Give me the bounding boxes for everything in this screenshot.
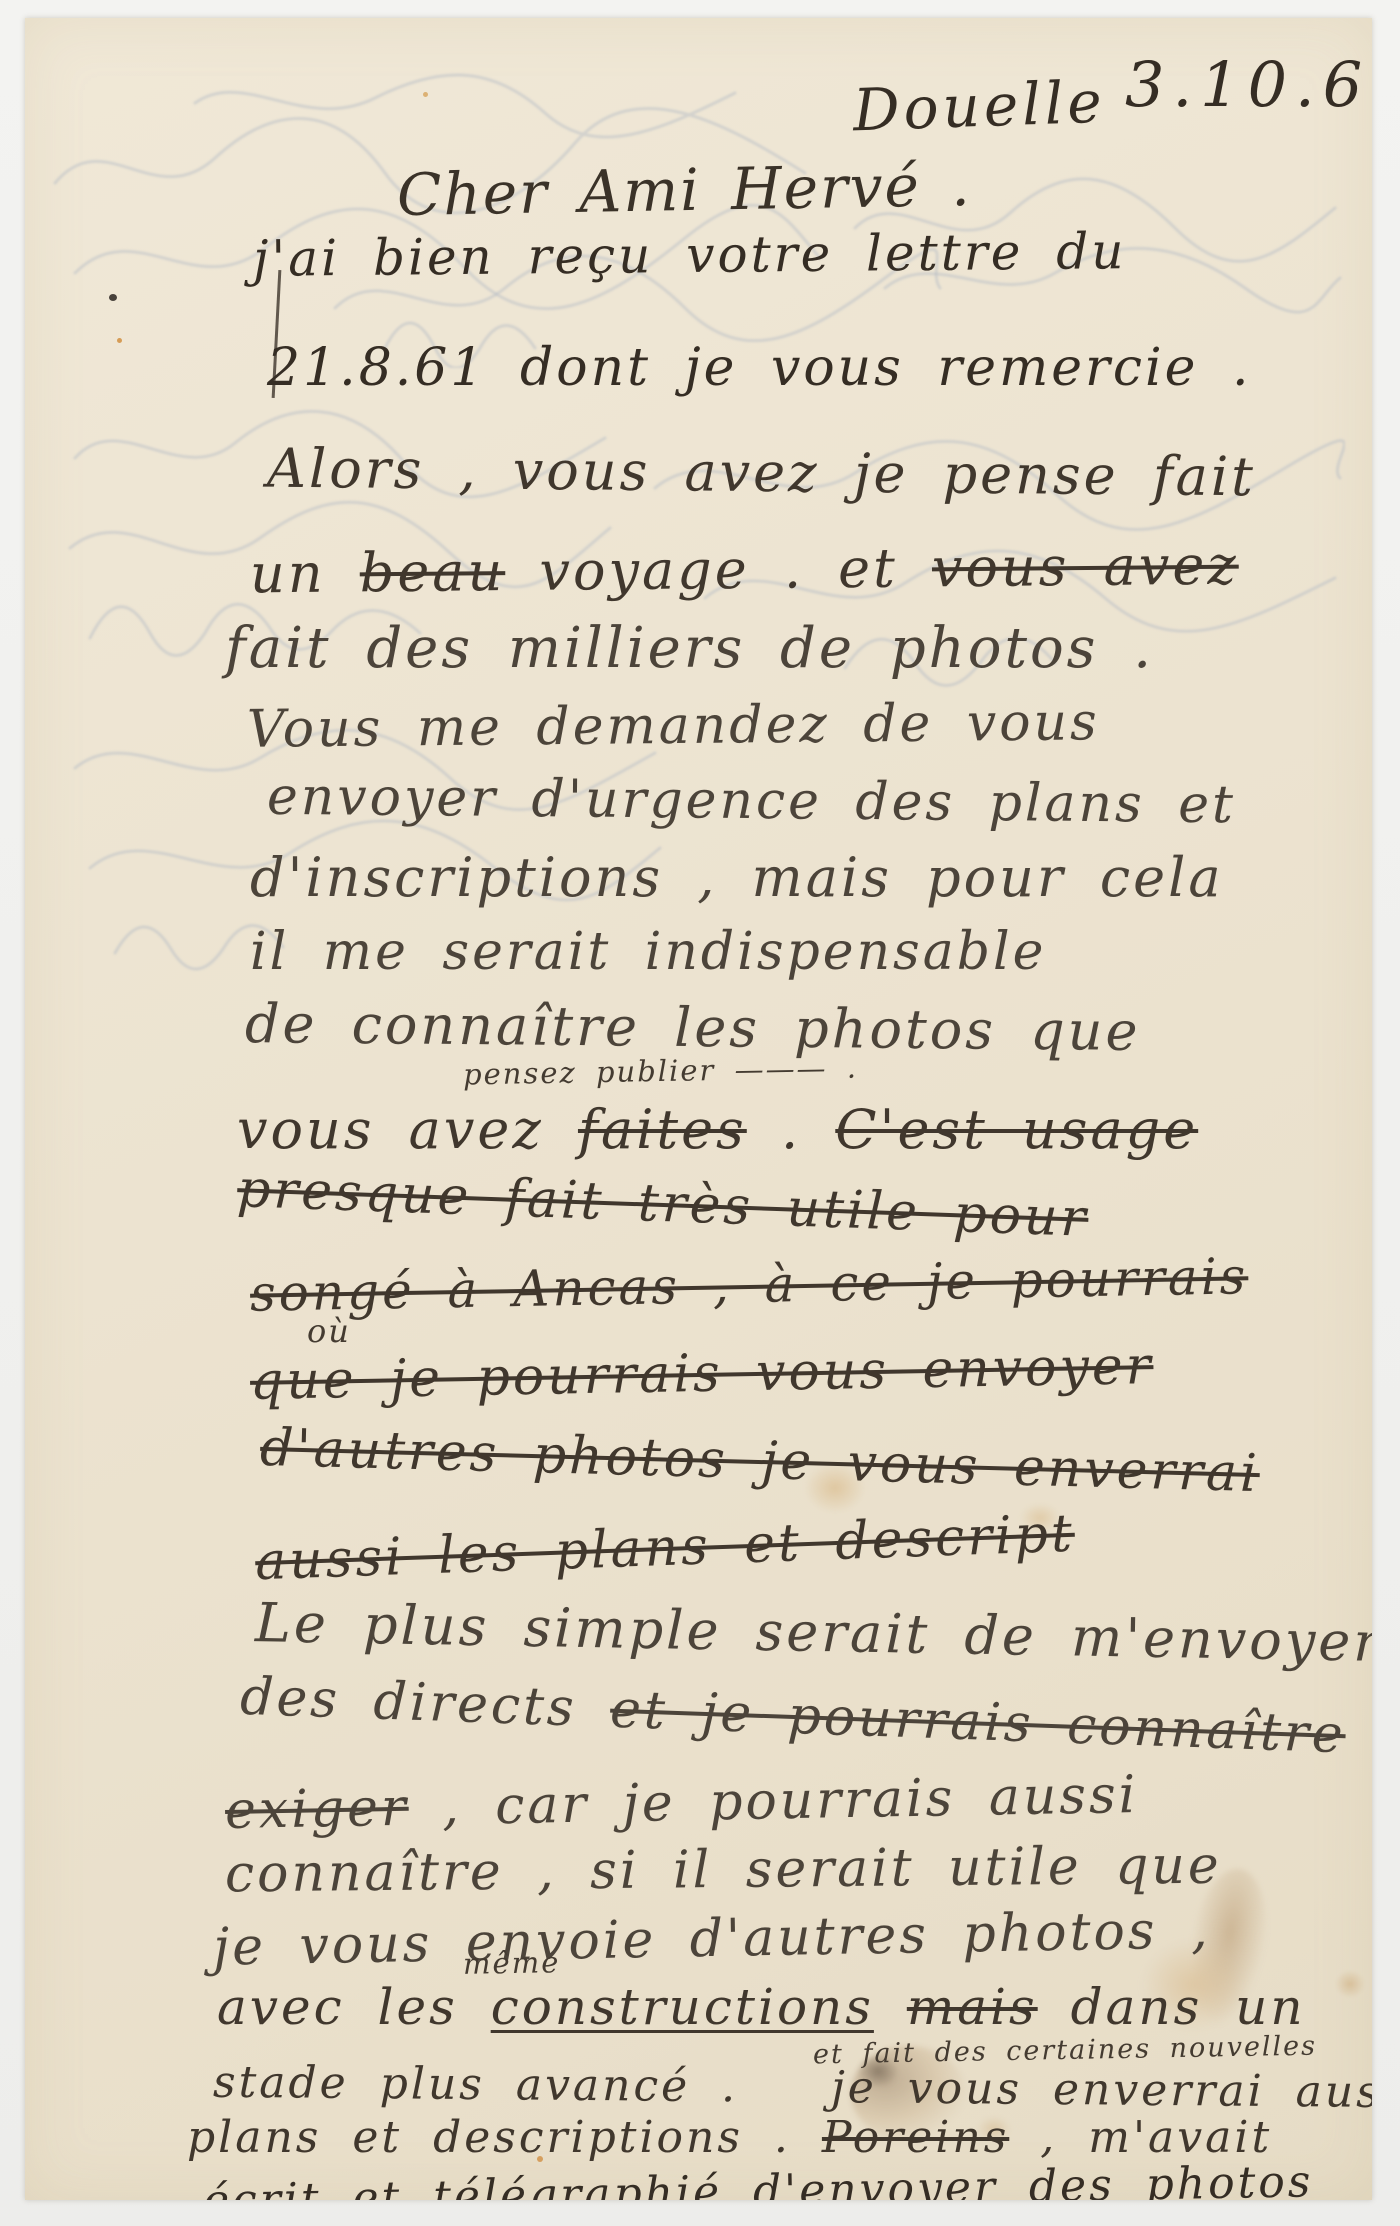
handwritten-line: d'autres photos je vous enverrai	[259, 1420, 1260, 1503]
handwriting-text: même	[463, 1945, 561, 1981]
handwritten-line: je vous envoie d'autres photos ,	[213, 1902, 1211, 1977]
struck-text: songé à Ancas , à ce je pourrais	[250, 1247, 1249, 1322]
handwriting-text: 21.8.61 dont je vous remercie .	[267, 338, 1252, 398]
handwritten-line: connaître , si il serait utile que	[225, 1838, 1222, 1904]
handwritten-line: stade plus avancé . je vous enverrai aus…	[213, 2059, 1372, 2118]
struck-text: C'est usage	[835, 1098, 1198, 1161]
handwriting-text: voyage . et	[505, 536, 932, 603]
handwriting-text: ——— .	[715, 1051, 858, 1087]
handwritten-line: presque fait très utile pour	[236, 1161, 1089, 1248]
handwriting-text: un	[250, 541, 360, 605]
handwriting-text: j'ai bien reçu votre lettre du	[253, 222, 1127, 288]
handwriting-text: avec les	[217, 1978, 491, 2036]
handwritten-line: j'ai bien reçu votre lettre du	[253, 224, 1127, 287]
handwriting-text: d'inscriptions , mais pour cela	[250, 846, 1224, 909]
handwriting-text: connaître , si il serait utile que	[225, 1836, 1222, 1905]
salutation: Cher Ami Hervé .	[396, 151, 972, 229]
handwritten-line: des directs et je pourrais connaître	[239, 1669, 1346, 1765]
handwriting-text: pensez publier	[463, 1053, 716, 1091]
handwritten-line: Alors , vous avez je pense fait	[267, 439, 1256, 507]
handwriting-text: de connaître les photos que	[245, 992, 1141, 1063]
handwritten-line: Le plus simple serait de m'envoyer	[255, 1593, 1372, 1672]
handwriting-text: dans un	[1038, 1978, 1306, 2036]
struck-text: faites	[578, 1098, 747, 1161]
handwriting-text: Le plus simple serait de m'envoyer	[255, 1591, 1372, 1674]
handwriting-text: fait des milliers de photos .	[225, 616, 1154, 681]
struck-text: d'autres photos je vous enverrai	[259, 1418, 1260, 1504]
handwriting-text: Vous me demandez de vous	[247, 692, 1100, 759]
handwritten-line: exiger , car je pourrais aussi	[225, 1767, 1139, 1840]
handwritten-line: un beau voyage . et vous avez	[250, 536, 1239, 604]
struck-text: et je pourrais connaître	[609, 1680, 1346, 1766]
interline-insertion: pensez publier ——— .	[463, 1053, 858, 1092]
struck-text: que je pourrais vous envoyer	[250, 1336, 1154, 1412]
handwritten-line: vous avez faites . C'est usage	[237, 1100, 1198, 1159]
interline-insertion: même	[463, 1947, 561, 1981]
date: 3.10.61	[1125, 48, 1372, 121]
struck-text: Poreins	[822, 2112, 1009, 2163]
struck-text: mais	[907, 1978, 1038, 2036]
handwritten-line: que je pourrais vous envoyer	[250, 1338, 1154, 1411]
handwritten-line: avec les constructions mais dans un	[217, 1980, 1306, 2035]
handwriting-text: où	[307, 1312, 351, 1350]
handwriting-text: Alors , vous avez je pense fait	[267, 437, 1256, 509]
place-name: Douelle	[852, 68, 1107, 145]
interline-insertion: où	[307, 1314, 351, 1349]
handwriting-text: , car je pourrais aussi	[408, 1765, 1139, 1838]
handwriting-text: , m'avait	[1009, 2112, 1272, 2163]
handwriting-text	[874, 1978, 907, 2036]
handwritten-line: songé à Ancas , à ce je pourrais	[250, 1249, 1249, 1321]
handwriting-text: .	[747, 1098, 836, 1161]
struck-text: beau	[359, 540, 505, 604]
struck-text: vous avez	[932, 534, 1239, 600]
handwriting-text: stade plus avancé . je vous enverrai aus…	[213, 2057, 1372, 2119]
handwritten-line: il me serait indispensable	[250, 924, 1046, 981]
handwriting-text: il me serait indispensable	[250, 922, 1046, 982]
handwritten-line: écrit et télégraphié d'envoyer des photo…	[203, 2158, 1314, 2200]
stain	[1335, 1970, 1365, 1998]
handwritten-line: fait des milliers de photos .	[225, 618, 1154, 680]
struck-text: aussi les plans et descript	[254, 1504, 1076, 1593]
handwriting-text: vous avez	[237, 1098, 578, 1161]
handwritten-line: 21.8.61 dont je vous remercie .	[267, 340, 1252, 397]
handwritten-line: Vous me demandez de vous	[247, 694, 1100, 759]
handwriting-text: je vous envoie d'autres photos ,	[213, 1900, 1211, 1977]
handwritten-line: plans et descriptions . Poreins , m'avai…	[187, 2114, 1272, 2162]
handwriting-text: plans et descriptions .	[187, 2112, 822, 2163]
handwritten-line: de connaître les photos que	[245, 994, 1141, 1061]
handwritten-line: aussi les plans et descript	[254, 1506, 1076, 1592]
handwriting-text: des directs	[239, 1667, 611, 1740]
handwriting-text: constructions	[491, 1978, 874, 2036]
handwriting-text: envoyer d'urgence des plans et	[267, 767, 1236, 835]
handwritten-line: envoyer d'urgence des plans et	[267, 769, 1236, 835]
handwritten-line: d'inscriptions , mais pour cela	[250, 848, 1224, 907]
struck-text: presque fait très utile pour	[236, 1159, 1089, 1249]
letter-paper: Douelle 3.10.61 Cher Ami Hervé . j'ai bi…	[25, 18, 1372, 2200]
struck-text: exiger	[225, 1778, 410, 1841]
